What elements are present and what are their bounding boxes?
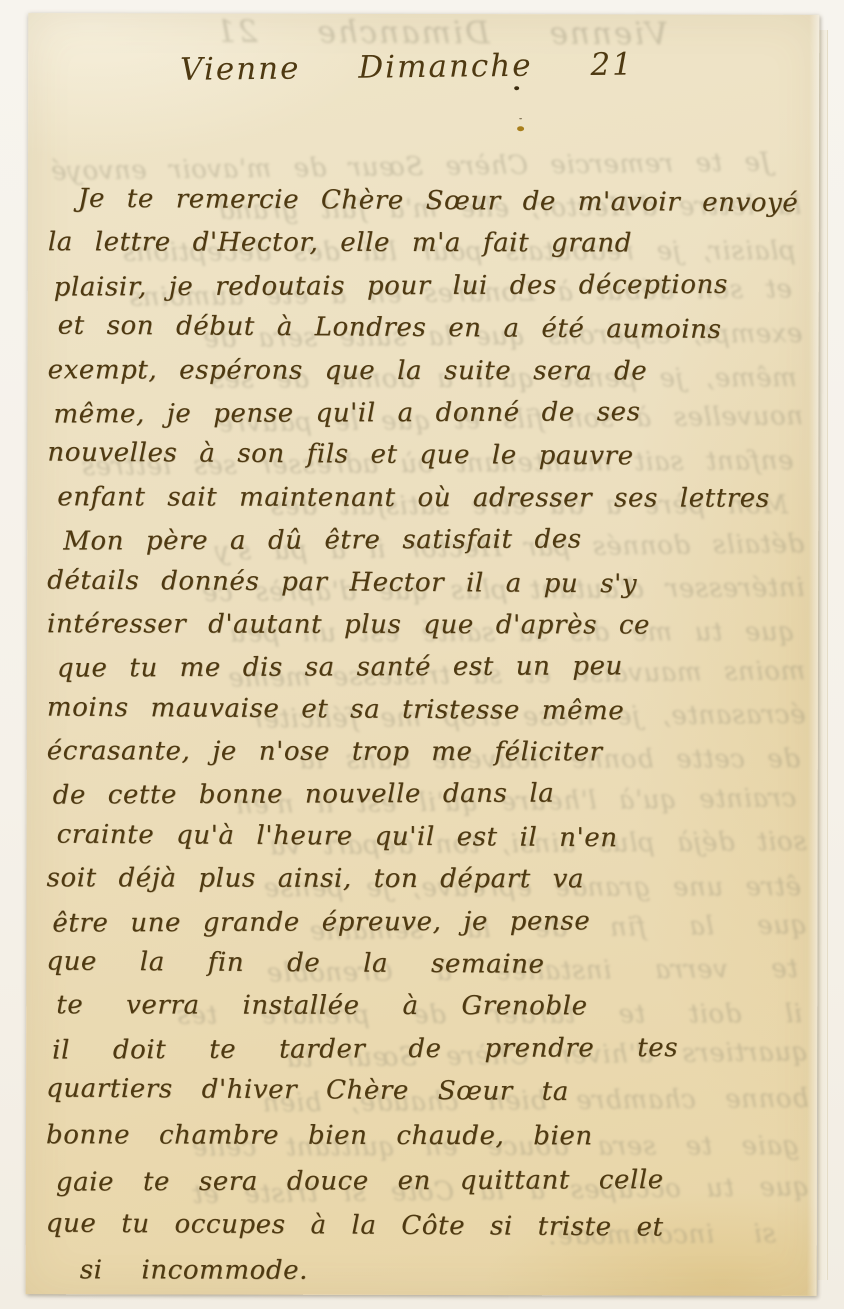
manuscript-line: Je te remercie Chère Sœur de m'avoir env…: [78, 184, 808, 231]
manuscript-line: moins mauvaise et sa tristesse même: [47, 692, 807, 739]
manuscript-line: enfant sait maintenant où adresser ses l…: [57, 482, 807, 526]
manuscript-line: bonne chambre bien chaude, bien: [46, 1120, 806, 1167]
manuscript-line: être une grande épreuve, je pense: [52, 905, 806, 950]
recto-content: Vienne Dimanche 21 Je te remercie Chère …: [46, 13, 809, 1296]
manuscript-line: crainte qu'à l'heure qu'il est il n'en: [56, 819, 806, 866]
manuscript-line: intéresser d'autant plus que d'après ce: [47, 609, 807, 653]
manuscript-line: de cette bonne nouvelle dans la: [53, 778, 807, 823]
manuscript-line: quartiers d'hiver Chère Sœur ta: [46, 1074, 806, 1124]
manuscript-line: Mon père a dû être satisfait des: [63, 524, 807, 569]
manuscript-line: que tu occupes à la Côte si triste et: [46, 1209, 806, 1259]
ink-blot: [517, 126, 524, 131]
manuscript-line: exempt, espérons que la suite sera de: [48, 355, 808, 399]
manuscript-line: la lettre d'Hector, elle m'a fait grand: [48, 228, 808, 272]
manuscript-line: gaie te sera douce en quittant celle: [56, 1165, 806, 1213]
manuscript-line: que la fin de la semaine: [46, 947, 806, 994]
manuscript-line: que tu me dis sa santé est un peu: [57, 651, 807, 696]
second-sheet-edge: [818, 30, 828, 1280]
scan-background: { "letter": { "kind": "scanned handwritt…: [0, 0, 844, 1309]
manuscript-line: soit déjà plus ainsi, ton départ va: [46, 863, 806, 907]
manuscript-line: nouvelles à son fils et que le pauvre: [47, 438, 807, 485]
manuscript-line: même, je pense qu'il a donné de ses: [53, 396, 807, 441]
letter-page: Vienne Dimanche 21 Je te remercie Chère …: [26, 13, 820, 1296]
letter-scan: Vienne Dimanche 21 Je te remercie Chère …: [0, 0, 844, 1309]
ink-speck: [514, 86, 519, 90]
manuscript-line: écrasante, je n'ose trop me féliciter: [47, 736, 807, 780]
manuscript-line: si incommode.: [80, 1255, 806, 1295]
manuscript-line: te verra installée à Grenoble: [56, 991, 806, 1035]
manuscript-line: et son début à Londres en a été aumoins: [58, 311, 808, 358]
manuscript-line: il doit te tarder de prendre tes: [52, 1032, 806, 1077]
manuscript-line: plaisir, je redoutais pour lui des décep…: [54, 269, 808, 314]
dateline: Vienne Dimanche 21: [180, 44, 809, 107]
manuscript-line: détails donnés par Hector il a pu s'y: [47, 565, 807, 612]
letter-body: Je te remercie Chère Sœur de m'avoir env…: [46, 185, 808, 1296]
